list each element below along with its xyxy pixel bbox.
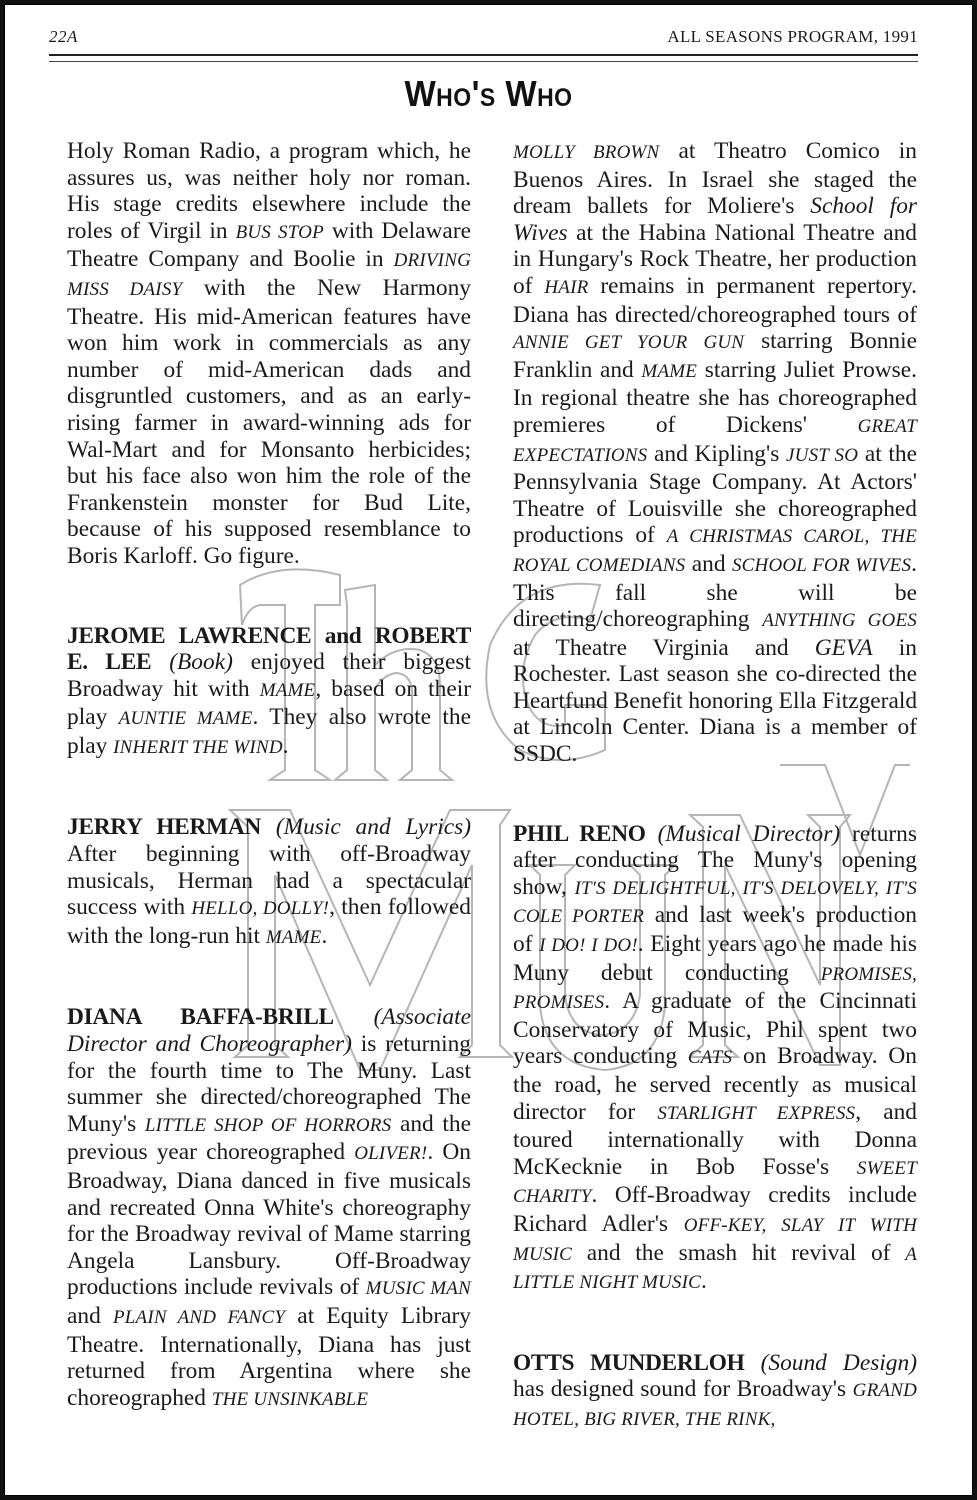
show-title: JUST SO <box>786 445 858 466</box>
header-rule-top <box>49 54 918 56</box>
show-title: STARLIGHT EXPRESS <box>657 1103 855 1124</box>
show-title: BUS STOP <box>236 222 324 243</box>
bio-name: OTTS MUNDERLOH <box>513 1350 745 1376</box>
show-title: ANNIE GET YOUR GUN <box>513 332 744 353</box>
show-title: AUNTIE MAME <box>119 708 253 729</box>
show-title: SCHOOL FOR WIVES <box>732 555 911 576</box>
show-title: ANYTHING GOES <box>762 610 917 631</box>
left-column: Holy Roman Radio, a program which, he as… <box>67 138 471 1466</box>
right-column: MOLLY BROWN at Theatro Comico in Buenos … <box>513 138 917 1487</box>
show-title: PLAIN AND FANCY <box>113 1307 285 1328</box>
bio-name: DIANA BAFFA-BRILL <box>67 1004 334 1030</box>
bio-otts-munderloh: OTTS MUNDERLOH (Sound Design) has design… <box>513 1350 917 1434</box>
show-title: HELLO, DOLLY! <box>191 898 329 919</box>
show-title: I DO! I DO! <box>539 935 638 956</box>
show-title: MAME <box>260 680 316 701</box>
bio-role: (Sound Design) <box>761 1350 917 1376</box>
show-title: MOLLY BROWN <box>513 142 659 163</box>
bio-diana-continued: MOLLY BROWN at Theatro Comico in Buenos … <box>513 138 917 768</box>
bio-diana-baffa-brill: DIANA BAFFA-BRILL (Associate Director an… <box>67 1004 471 1413</box>
publication-title: ALL SEASONS PROGRAM, 1991 <box>667 27 918 47</box>
show-title: HAIR <box>544 277 588 298</box>
bio-role: (Music and Lyrics) <box>276 814 471 840</box>
show-title: INHERIT THE WIND <box>113 737 283 758</box>
page-header: 22A ALL SEASONS PROGRAM, 1991 <box>49 27 918 51</box>
show-title: THE UNSINKABLE <box>212 1389 368 1410</box>
show-title: CATS <box>688 1047 732 1068</box>
bio-role: (Musical Director) <box>658 821 841 847</box>
show-title: MAME <box>266 927 322 948</box>
bio-role: (Book) <box>169 649 233 675</box>
program-page: 22A ALL SEASONS PROGRAM, 1991 Who's Who … <box>4 4 973 1496</box>
bio-jerry-herman: JERRY HERMAN (Music and Lyrics) After be… <box>67 814 471 951</box>
bio-lawrence-lee: JEROME LAWRENCE and ROBERT E. LEE (Book)… <box>67 623 471 762</box>
page-title: Who's Who <box>44 73 934 115</box>
bio-phil-reno: PHIL RENO (Musical Director) returns aft… <box>513 821 917 1297</box>
show-title: MUSIC MAN <box>366 1278 471 1299</box>
theatre-name: GEVA <box>815 635 873 661</box>
header-rule-bottom <box>49 61 918 62</box>
bio-name: JERRY HERMAN <box>67 814 261 840</box>
show-title: OLIVER! <box>354 1143 427 1164</box>
show-title: MAME <box>641 361 697 382</box>
page-number: 22A <box>49 27 78 47</box>
show-title: LITTLE SHOP OF HORRORS <box>145 1115 391 1136</box>
bio-name: PHIL RENO <box>513 821 646 847</box>
bio-continued: Holy Roman Radio, a program which, he as… <box>67 138 471 570</box>
